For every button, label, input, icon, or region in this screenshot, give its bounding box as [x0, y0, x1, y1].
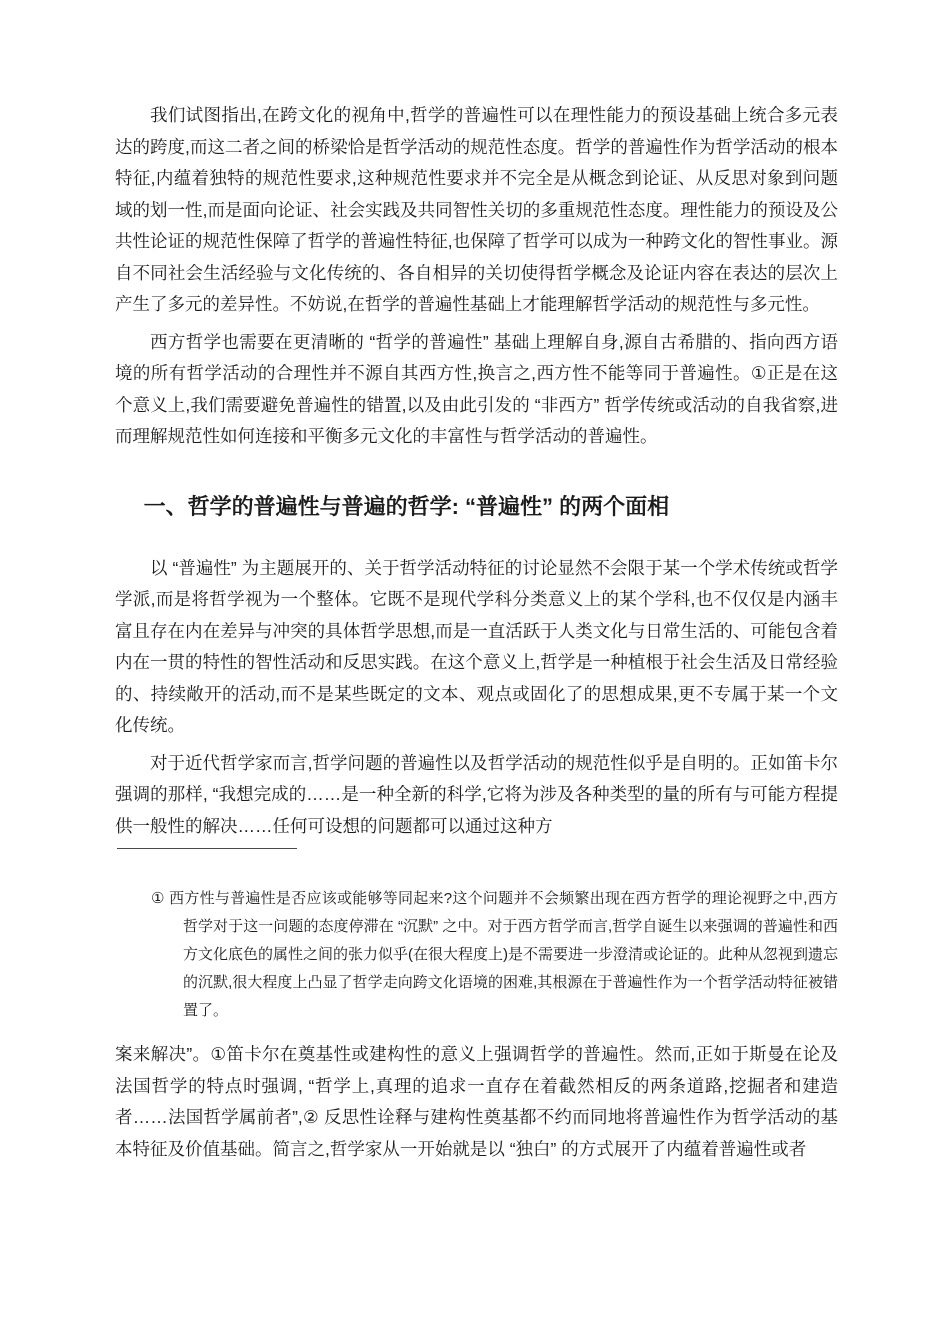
body-paragraph-3: 以 “普遍性” 为主题展开的、关于哲学活动特征的讨论显然不会限于某一个学术传统或…	[115, 553, 838, 742]
body-paragraph-continuation: 案来解决”。①笛卡尔在奠基性或建构性的意义上强调哲学的普遍性。然而,正如于斯曼在…	[115, 1039, 838, 1165]
footnote-separator	[117, 848, 297, 849]
footnote-1: ① 西方性与普遍性是否应该或能够等同起来?这个问题并不会频繁出现在西方哲学的理论…	[115, 885, 838, 1025]
document-page: 我们试图指出,在跨文化的视角中,哲学的普遍性可以在理性能力的预设基础上统合多元表…	[0, 0, 950, 1344]
body-paragraph-2: 西方哲学也需要在更清晰的 “哲学的普遍性” 基础上理解自身,源自古希腊的、指向西…	[115, 327, 838, 453]
footnote-block: ① 西方性与普遍性是否应该或能够等同起来?这个问题并不会频繁出现在西方哲学的理论…	[115, 885, 838, 1025]
section-heading: 一、哲学的普遍性与普遍的哲学: “普遍性” 的两个面相	[115, 491, 838, 523]
body-paragraph-4: 对于近代哲学家而言,哲学问题的普遍性以及哲学活动的规范性似乎是自明的。正如笛卡尔…	[115, 748, 838, 843]
body-paragraph-1: 我们试图指出,在跨文化的视角中,哲学的普遍性可以在理性能力的预设基础上统合多元表…	[115, 100, 838, 321]
